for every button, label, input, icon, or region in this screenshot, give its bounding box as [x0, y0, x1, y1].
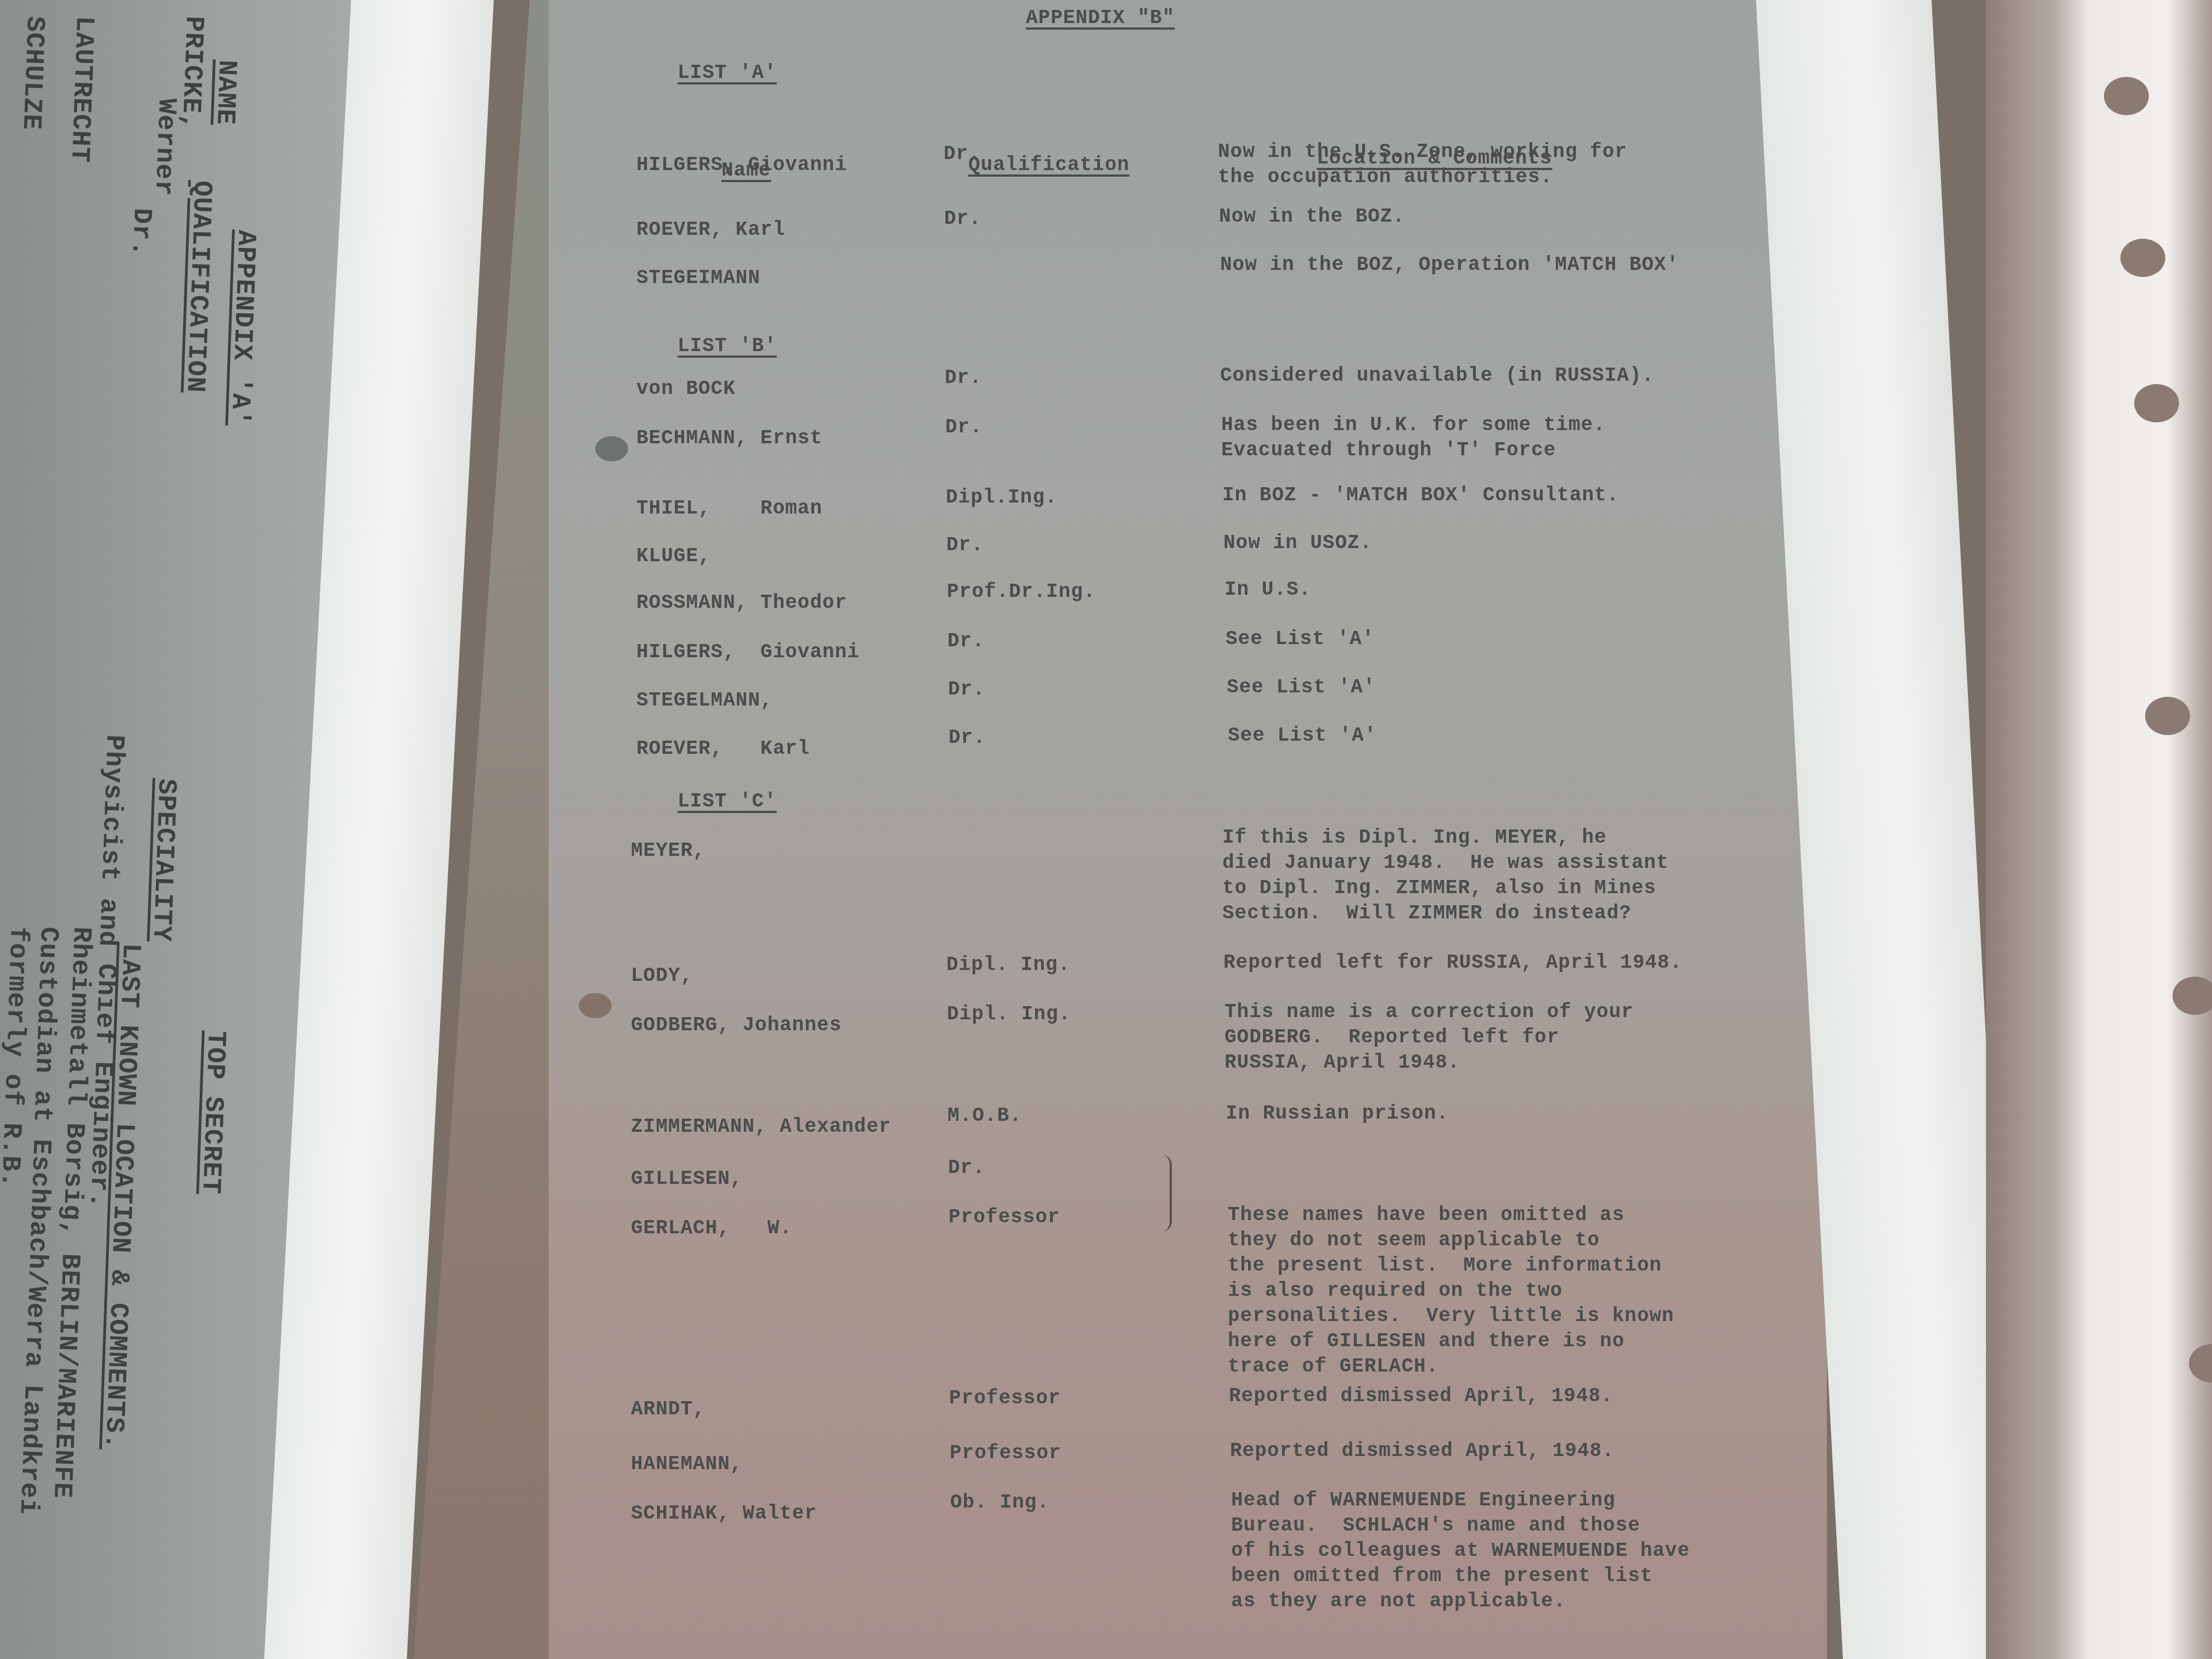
row-qualification: Ob. Ing. [950, 1491, 1049, 1514]
row-qualification: Dipl. Ing. [947, 1003, 1071, 1025]
row-comment: In Russian prison. [1226, 1101, 1449, 1126]
punch-hole-icon [2104, 77, 2149, 115]
row-comment: See List 'A' [1226, 627, 1374, 652]
entry-qualification: Dr. [125, 207, 156, 257]
header-speciality: SPECIALITY [146, 778, 181, 943]
row-qualification: Professor [949, 1387, 1060, 1409]
row-qualification: Dipl.Ing. [946, 486, 1057, 509]
sheet-protector [1986, 0, 2212, 1659]
row-name: STEGELMANN, [636, 689, 773, 712]
row-qualification: Professor [949, 1206, 1060, 1228]
row-name: SCHIHAK, Walter [631, 1502, 817, 1525]
header-qualification: QUALIFICATION [180, 180, 217, 393]
row-qualification: Dr. [947, 630, 985, 652]
row-comment: If this is Dipl. Ing. MEYER, he died Jan… [1222, 825, 1669, 926]
punch-hole-icon [2134, 384, 2179, 422]
row-comment: In U.S. [1224, 577, 1311, 602]
entry-first-name: Werner [148, 98, 181, 197]
row-name: GODBERG, Johannes [631, 1014, 842, 1036]
row-name: ARNDT, [631, 1398, 706, 1420]
row-qualification: Dr. [944, 143, 981, 165]
row-name: ROEVER, Karl [636, 737, 810, 760]
punch-hole-icon [2172, 977, 2212, 1015]
appendix-a-title: APPENDIX 'A' [224, 229, 261, 426]
row-comment: Now in the BOZ. [1219, 204, 1405, 229]
row-qualification: Prof.Dr.Ing. [947, 580, 1096, 603]
punch-hole-icon [2120, 239, 2165, 277]
list-label: LIST 'A' [678, 61, 777, 84]
row-name: ROEVER, Karl [636, 218, 785, 241]
row-qualification: Dr. [945, 366, 982, 389]
row-qualification: Professor [950, 1442, 1061, 1464]
row-comment: Reported left for RUSSIA, April 1948. [1223, 950, 1682, 975]
punch-hole-mark [595, 436, 628, 461]
row-qualification: Dr. [944, 207, 981, 230]
row-name: GILLESEN, [631, 1167, 742, 1190]
row-qualification: M.O.B. [947, 1104, 1022, 1127]
row-name: KLUGE, [636, 545, 711, 567]
row-name: HANEMANN, [631, 1453, 742, 1475]
row-name: MEYER, [631, 839, 706, 862]
punch-hole-icon [2189, 1344, 2212, 1383]
row-name: STEGEIMANN [636, 267, 760, 289]
side-name-3: SCHULZE [16, 15, 49, 131]
photo-scene: PRICKE, LAUTRECHT SCHULZE NAME Werner QU… [0, 0, 2212, 1659]
row-comment: This name is a correction of your GODBER… [1224, 1000, 1634, 1075]
row-name: ZIMMERMANN, Alexander [631, 1115, 891, 1138]
column-header-qualification: Qualification [968, 154, 1130, 176]
row-qualification: Dr. [949, 726, 986, 749]
row-qualification: Dr. [946, 534, 984, 556]
header-name: NAME [210, 59, 241, 126]
row-comment: Now in the U.S. Zone, working for the oc… [1218, 139, 1627, 190]
row-comment: These names have been omitted as they do… [1228, 1203, 1674, 1379]
row-qualification: Dr. [948, 678, 985, 701]
row-name: BECHMANN, Ernst [636, 427, 822, 449]
row-qualification: Dr. [948, 1156, 985, 1179]
row-comment: Reported dismissed April, 1948. [1230, 1438, 1615, 1464]
row-name: ROSSMANN, Theodor [636, 591, 847, 614]
classification-mark: TOP SECRET [195, 1030, 230, 1195]
brace-icon [1162, 1155, 1172, 1232]
row-comment: Considered unavailable (in RUSSIA). [1220, 363, 1654, 388]
list-label: LIST 'C' [678, 790, 777, 812]
row-name: von BOCK [636, 377, 736, 400]
list-label: LIST 'B' [678, 335, 777, 357]
row-name: THIEL, Roman [636, 497, 822, 520]
row-name: HILGERS, Giovanni [636, 154, 847, 176]
row-comment: Head of WARNEMUENDE Engineering Bureau. … [1231, 1488, 1690, 1614]
row-name: HILGERS, Giovanni [636, 641, 860, 663]
row-comment: See List 'A' [1227, 675, 1375, 700]
appendix-b-page: APPENDIX "B" Name Qualification Location… [549, 0, 1827, 1659]
punch-hole-icon [2145, 697, 2190, 735]
row-comment: Now in the BOZ, Operation 'MATCH BOX' [1220, 252, 1679, 278]
row-qualification: Dipl. Ing. [946, 953, 1070, 976]
row-name: GERLACH, W. [631, 1217, 792, 1239]
side-name-2: LAUTRECHT [64, 15, 99, 163]
row-comment: In BOZ - 'MATCH BOX' Consultant. [1222, 483, 1619, 508]
row-name: LODY, [631, 964, 693, 987]
row-qualification: Dr. [945, 416, 983, 438]
appendix-b-title: APPENDIX "B" [1026, 7, 1175, 29]
row-comment: Has been in U.K. for some time. Evacuate… [1221, 413, 1606, 463]
punch-hole-mark [579, 993, 612, 1018]
row-comment: Reported dismissed April, 1948. [1229, 1384, 1613, 1409]
row-comment: Now in USOZ. [1223, 531, 1372, 556]
row-comment: See List 'A' [1228, 723, 1376, 748]
